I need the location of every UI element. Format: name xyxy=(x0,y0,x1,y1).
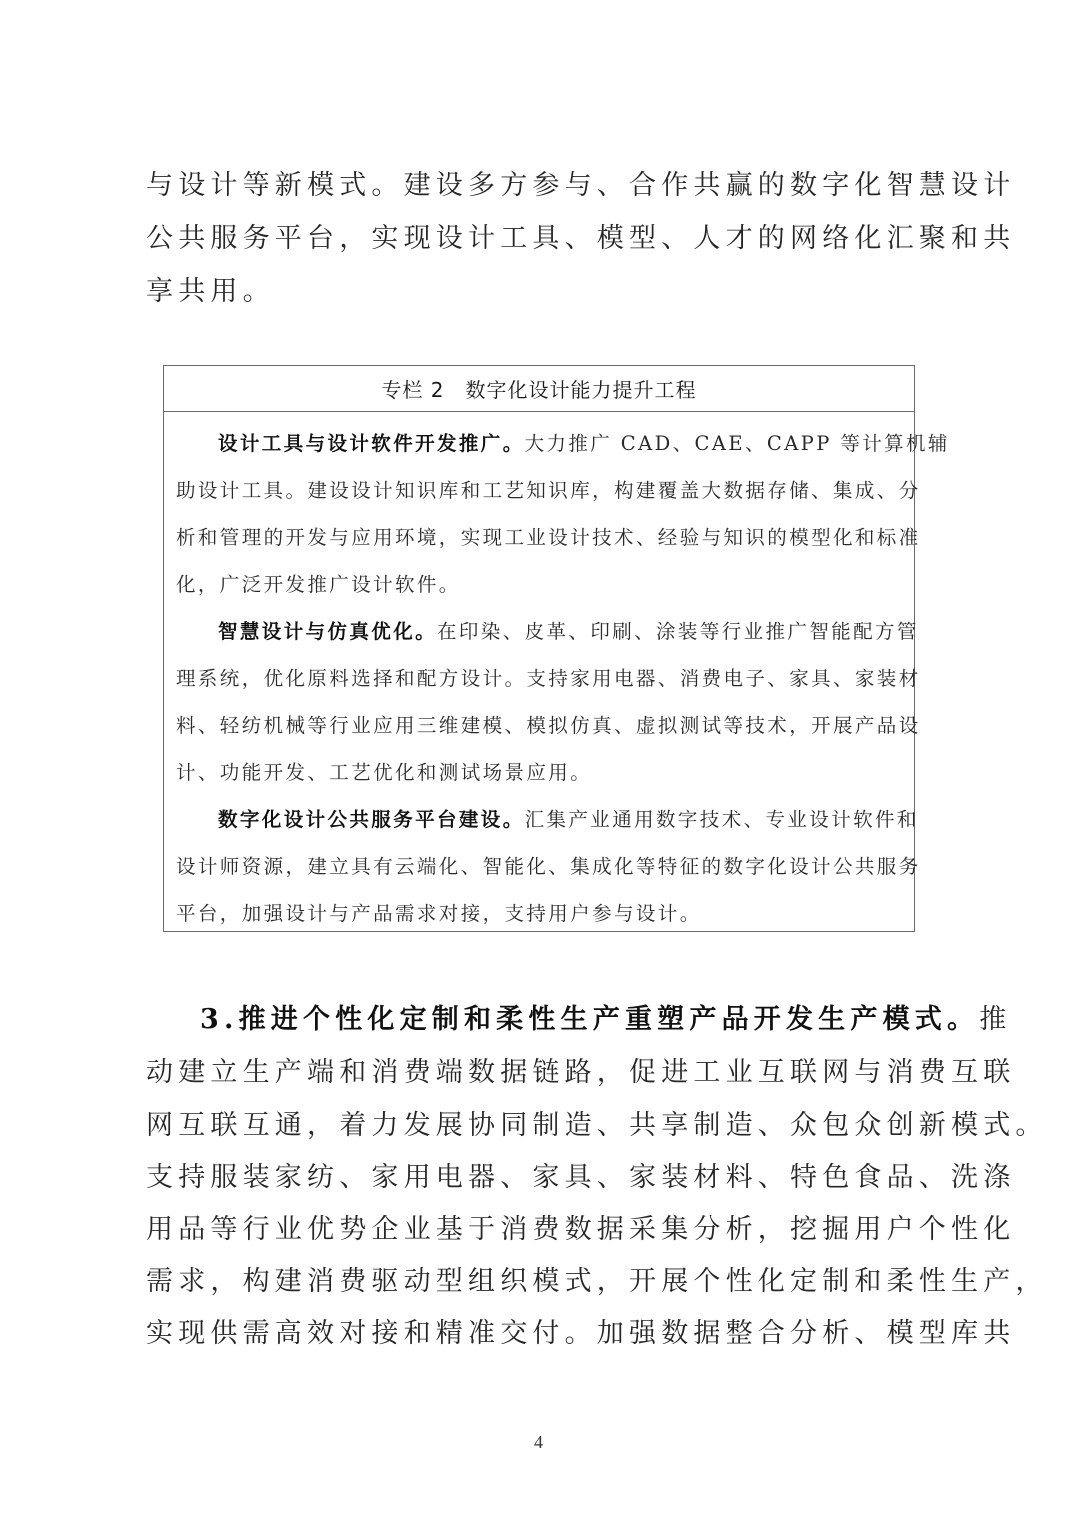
section-3-line: 用品等行业优势企业基于消费数据采集分析，挖掘用户个性化 xyxy=(146,1212,1015,1248)
section-line: 析和管理的开发与应用环境，实现工业设计技术、经验与知识的模型化和标准 xyxy=(176,524,921,552)
section-text: 汇集产业通用数字技术、专业设计软件和 xyxy=(525,808,919,831)
column-box-title: 专栏 2 数字化设计能力提升工程 xyxy=(381,374,696,403)
section-line: 理系统，优化原料选择和配方设计。支持家用电器、消费电子、家具、家装材 xyxy=(176,665,921,693)
column-box: 专栏 2 数字化设计能力提升工程 设计工具与设计软件开发推广。大力推广 CAD、… xyxy=(163,365,915,932)
section-3-heading: 3.推进个性化定制和柔性生产重塑产品开发生产模式。 xyxy=(200,1004,979,1035)
section-3-first-line: 3.推进个性化定制和柔性生产重塑产品开发生产模式。推 xyxy=(200,1002,1011,1038)
section-line: 料、轻纺机械等行业应用三维建模、模拟仿真、虚拟测试等技术，开展产品设 xyxy=(176,712,921,740)
section-line: 平台，加强设计与产品需求对接，支持用户参与设计。 xyxy=(176,900,702,928)
section-heading: 数字化设计公共服务平台建设。 xyxy=(218,808,525,831)
section-line: 助设计工具。建设设计知识库和工艺知识库，构建覆盖大数据存储、集成、分 xyxy=(176,477,921,505)
section-3-line: 实现供需高效对接和精准交付。加强数据整合分析、模型库共 xyxy=(146,1316,1015,1352)
section-3-line: 网互联互通，着力发展协同制造、共享制造、众包众创新模式。 xyxy=(146,1108,1048,1144)
section-line: 化，广泛开发推广设计软件。 xyxy=(176,571,461,599)
intro-line: 与设计等新模式。建设多方参与、合作共赢的数字化智慧设计 xyxy=(146,168,1015,204)
column-box-header: 专栏 2 数字化设计能力提升工程 xyxy=(164,366,914,412)
intro-line: 公共服务平台，实现设计工具、模型、人才的网络化汇聚和共 xyxy=(146,221,1015,257)
section-3-text: 推 xyxy=(979,1004,1011,1035)
section-text: 在印染、皮革、印刷、涂装等行业推广智能配方管 xyxy=(437,620,919,643)
section-first-line: 数字化设计公共服务平台建设。汇集产业通用数字技术、专业设计软件和 xyxy=(218,806,919,834)
section-line: 计、功能开发、工艺优化和测试场景应用。 xyxy=(176,759,592,787)
intro-line: 享共用。 xyxy=(146,274,275,310)
section-first-line: 智慧设计与仿真优化。在印染、皮革、印刷、涂装等行业推广智能配方管 xyxy=(218,618,919,646)
section-first-line: 设计工具与设计软件开发推广。大力推广 CAD、CAE、CAPP 等计算机辅 xyxy=(218,430,950,458)
page-number: 4 xyxy=(534,1432,543,1453)
section-heading: 智慧设计与仿真优化。 xyxy=(218,620,437,643)
section-heading: 设计工具与设计软件开发推广。 xyxy=(218,432,525,455)
section-3-line: 需求，构建消费驱动型组织模式，开展个性化定制和柔性生产， xyxy=(146,1264,1048,1300)
section-3-line: 动建立生产端和消费端数据链路，促进工业互联网与消费互联 xyxy=(146,1055,1015,1091)
section-line: 设计师资源，建立具有云端化、智能化、集成化等特征的数字化设计公共服务 xyxy=(176,853,921,881)
section-3-line: 支持服装家纺、家用电器、家具、家装材料、特色食品、洗涤 xyxy=(146,1160,1015,1196)
section-text: 大力推广 CAD、CAE、CAPP 等计算机辅 xyxy=(525,432,950,455)
